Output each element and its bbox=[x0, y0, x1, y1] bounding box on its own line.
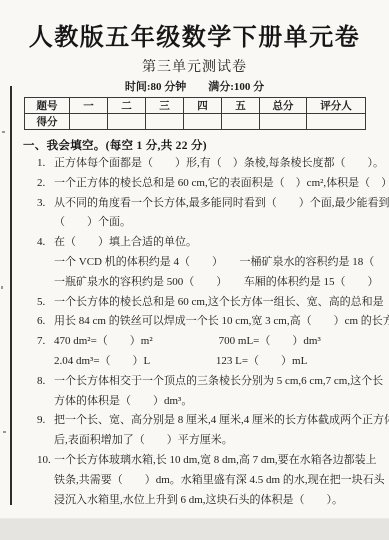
question-lines: 从不同的角度看一个长方体,最多能同时看到（ ）个面,最少能看到（ ）个面。 bbox=[54, 194, 389, 234]
question-line: 一个长方体的棱长总和是 60 cm,这个长方体一组长、宽、高的总和是（ ）cm。 bbox=[54, 293, 389, 313]
header-cell: 总分 bbox=[260, 98, 307, 114]
score-cell bbox=[222, 114, 260, 130]
question-lines: 在（ ）填上合适的单位。一个 VCD 机的体积约是 4（ ） 一桶矿泉水的容积约… bbox=[54, 233, 389, 292]
question-item: 10.一个长方体玻璃水箱,长 10 dm,宽 8 dm,高 7 dm,要在水箱各… bbox=[37, 451, 373, 510]
question-line: （ ）个面。 bbox=[54, 213, 389, 233]
question-line: 浸沉入水箱里,水位上升到 6 dm,这块石头的体积是（ ）。 bbox=[54, 491, 385, 511]
question-item: 8.一个长方体相交于一个顶点的三条棱长分别为 5 cm,6 cm,7 cm,这个… bbox=[37, 372, 373, 412]
question-number: 9. bbox=[37, 411, 54, 431]
score-cell bbox=[146, 114, 184, 130]
question-number: 10. bbox=[37, 451, 54, 471]
question-item: 5.一个长方体的棱长总和是 60 cm,这个长方体一组长、宽、高的总和是（ ）c… bbox=[37, 293, 373, 313]
question-lines: 正方体每个面都是（ ）形,有（ ）条棱,每条棱长度都（ ）。 bbox=[54, 154, 384, 174]
score-table-score-row: 得分 bbox=[25, 114, 366, 130]
question-line: 把一个长、宽、高分别是 8 厘米,4 厘米,4 厘米的长方体截成两个正方体 bbox=[54, 411, 389, 431]
question-item: 3.从不同的角度看一个长方体,最多能同时看到（ ）个面,最少能看到（ ）个面。 bbox=[37, 194, 373, 234]
question-line: 一个长方体玻璃水箱,长 10 dm,宽 8 dm,高 7 dm,要在水箱各边都装… bbox=[54, 451, 385, 471]
question-line: 2.04 dm³=（ ）L 123 L=（ ）mL bbox=[54, 352, 373, 372]
header-cell: 评分人 bbox=[307, 98, 366, 114]
header-cell: 一 bbox=[70, 98, 108, 114]
binding-margin-rule bbox=[10, 86, 12, 505]
scan-edge-band bbox=[0, 518, 389, 540]
score-table: 题号 一 二 三 四 五 总分 评分人 得分 bbox=[24, 97, 366, 130]
questions-list: 1.正方体每个面都是（ ）形,有（ ）条棱,每条棱长度都（ ）。2.一个正方体的… bbox=[37, 154, 373, 510]
question-lines: 用长 84 cm 的铁丝可以焊成一个长 10 cm,宽 3 cm,高（ ）cm … bbox=[54, 312, 389, 332]
question-item: 6.用长 84 cm 的铁丝可以焊成一个长 10 cm,宽 3 cm,高（ ）c… bbox=[37, 312, 373, 332]
exam-meta: 时间:80 分钟满分:100 分 bbox=[0, 78, 389, 94]
question-item: 1.正方体每个面都是（ ）形,有（ ）条棱,每条棱长度都（ ）。 bbox=[37, 154, 373, 174]
question-number: 5. bbox=[37, 293, 54, 313]
question-lines: 把一个长、宽、高分别是 8 厘米,4 厘米,4 厘米的长方体截成两个正方体后,表… bbox=[54, 411, 389, 451]
header-cell: 题号 bbox=[25, 98, 70, 114]
time-label: 时间:80 分钟 bbox=[125, 81, 186, 93]
question-line: 一个长方体相交于一个顶点的三条棱长分别为 5 cm,6 cm,7 cm,这个长 bbox=[54, 372, 383, 392]
question-number: 7. bbox=[37, 332, 54, 352]
question-lines: 一个长方体玻璃水箱,长 10 dm,宽 8 dm,高 7 dm,要在水箱各边都装… bbox=[54, 451, 385, 510]
question-lines: 一个正方体的棱长总和是 60 cm,它的表面积是（ ）cm²,体积是（ ）cm³… bbox=[54, 174, 389, 194]
full-score-label: 满分:100 分 bbox=[208, 81, 264, 93]
score-cell bbox=[307, 114, 366, 130]
question-number: 2. bbox=[37, 174, 54, 194]
question-line: 一个 VCD 机的体积约是 4（ ） 一桶矿泉水的容积约是 18（ ） bbox=[54, 253, 389, 273]
header-cell: 五 bbox=[222, 98, 260, 114]
question-number: 6. bbox=[37, 312, 54, 332]
scan-artifact bbox=[1, 286, 3, 289]
question-lines: 470 dm²=（ ）m² 700 mL=（ ）dm³2.04 dm³=（ ）L… bbox=[54, 332, 373, 372]
scan-artifact bbox=[2, 131, 5, 133]
question-line: 后,表面积增加了（ ）平方厘米。 bbox=[54, 431, 389, 451]
question-lines: 一个长方体的棱长总和是 60 cm,这个长方体一组长、宽、高的总和是（ ）cm。 bbox=[54, 293, 389, 313]
test-paper-page: 人教版五年级数学下册单元卷 第三单元测试卷 时间:80 分钟满分:100 分 题… bbox=[0, 0, 389, 540]
question-line: 正方体每个面都是（ ）形,有（ ）条棱,每条棱长度都（ ）。 bbox=[54, 154, 384, 174]
question-line: 用长 84 cm 的铁丝可以焊成一个长 10 cm,宽 3 cm,高（ ）cm … bbox=[54, 312, 389, 332]
score-cell bbox=[260, 114, 307, 130]
question-number: 3. bbox=[37, 194, 54, 214]
question-lines: 一个长方体相交于一个顶点的三条棱长分别为 5 cm,6 cm,7 cm,这个长方… bbox=[54, 372, 383, 412]
score-row-label: 得分 bbox=[25, 114, 70, 130]
question-line: 方体的体积是（ ）dm³。 bbox=[54, 392, 383, 412]
question-line: 一瓶矿泉水的容积约是 500（ ） 车厢的体积约是 15（ ） bbox=[54, 273, 389, 293]
header-cell: 四 bbox=[184, 98, 222, 114]
section-title: 一、我会填空。(每空 1 分,共 22 分) bbox=[23, 137, 207, 153]
question-line: 470 dm²=（ ）m² 700 mL=（ ）dm³ bbox=[54, 332, 373, 352]
question-line: 一个正方体的棱长总和是 60 cm,它的表面积是（ ）cm²,体积是（ ）cm³… bbox=[54, 174, 389, 194]
page-title: 人教版五年级数学下册单元卷 bbox=[0, 17, 389, 52]
score-cell bbox=[108, 114, 146, 130]
score-cell bbox=[184, 114, 222, 130]
question-item: 2.一个正方体的棱长总和是 60 cm,它的表面积是（ ）cm²,体积是（ ）c… bbox=[37, 174, 373, 194]
question-item: 7.470 dm²=（ ）m² 700 mL=（ ）dm³2.04 dm³=（ … bbox=[37, 332, 373, 372]
page-subtitle: 第三单元测试卷 bbox=[0, 56, 389, 76]
header-cell: 二 bbox=[108, 98, 146, 114]
question-line: 从不同的角度看一个长方体,最多能同时看到（ ）个面,最少能看到 bbox=[54, 194, 389, 214]
score-table-header-row: 题号 一 二 三 四 五 总分 评分人 bbox=[25, 98, 366, 114]
question-number: 1. bbox=[37, 154, 54, 174]
question-number: 8. bbox=[37, 372, 54, 392]
question-line: 在（ ）填上合适的单位。 bbox=[54, 233, 389, 253]
header-cell: 三 bbox=[146, 98, 184, 114]
question-item: 4.在（ ）填上合适的单位。一个 VCD 机的体积约是 4（ ） 一桶矿泉水的容… bbox=[37, 233, 373, 292]
scan-artifact bbox=[3, 431, 6, 433]
question-item: 9.把一个长、宽、高分别是 8 厘米,4 厘米,4 厘米的长方体截成两个正方体后… bbox=[37, 411, 373, 451]
question-line: 铁条,共需要（ ）dm。水箱里盛有深 4.5 dm 的水,现在把一块石头 bbox=[54, 471, 385, 491]
question-number: 4. bbox=[37, 233, 54, 253]
score-cell bbox=[70, 114, 108, 130]
